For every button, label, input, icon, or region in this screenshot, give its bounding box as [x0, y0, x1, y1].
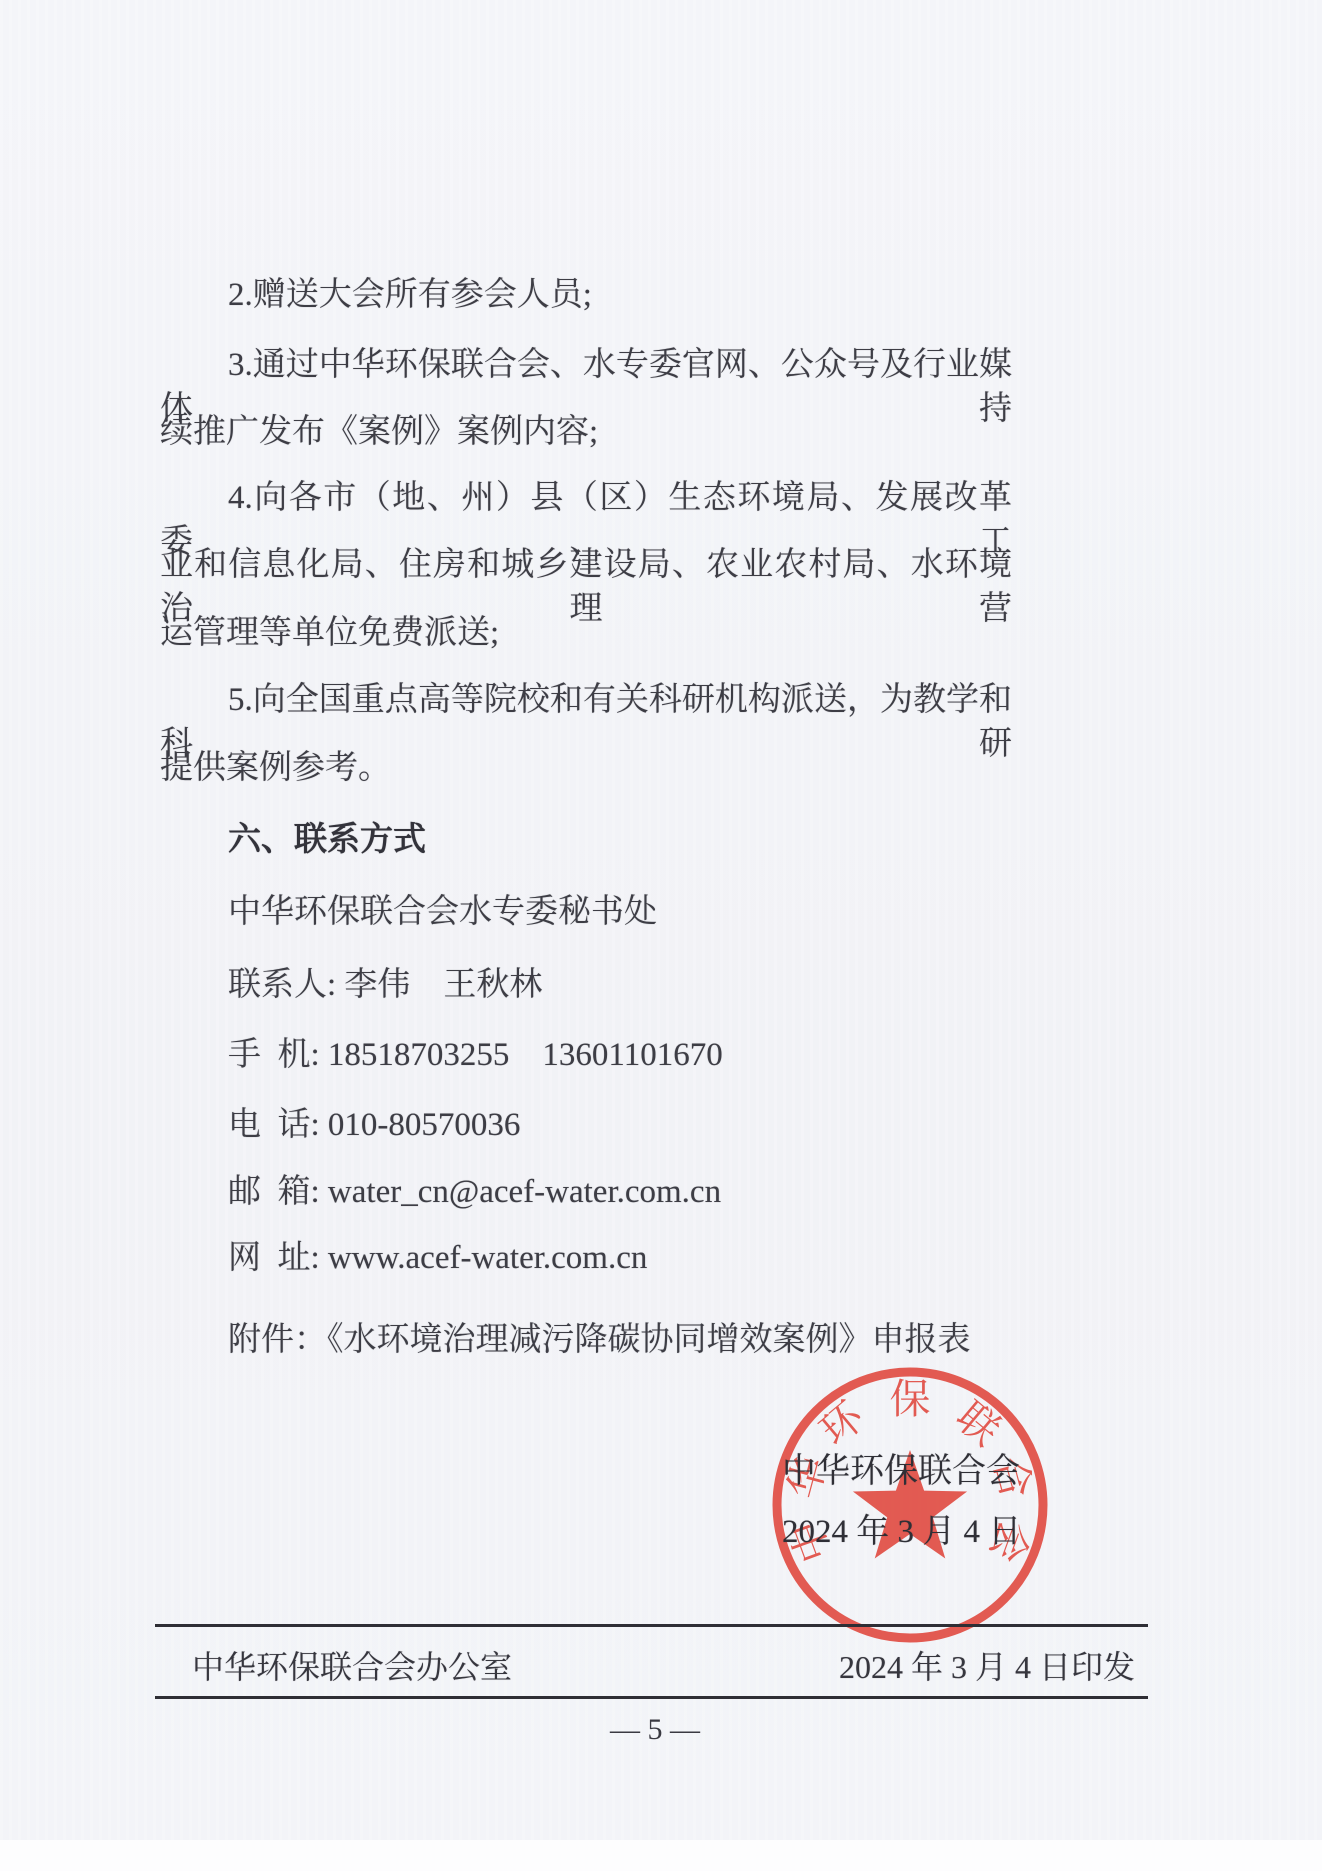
seal-char: 保 — [890, 1376, 931, 1422]
footer-bottom-rule — [155, 1696, 1148, 1699]
contact-phone-line: 电 话: 010-80570036 — [160, 1103, 1012, 1147]
document-page: 2.赠送大会所有参会人员; 3.通过中华环保联合会、水专委官网、公众号及行业媒体… — [0, 0, 1322, 1871]
body-line-3: 续推广发布《案例》案例内容; — [160, 410, 1012, 454]
body-line-8: 提供案例参考。 — [160, 746, 1012, 790]
contact-org-line: 中华环保联合会水专委秘书处 — [160, 890, 1012, 934]
footer-office: 中华环保联合会办公室 — [192, 1647, 512, 1687]
sign-date: 2024 年 3 月 4 日 — [782, 1512, 1032, 1552]
section-heading-contact: 六、联系方式 — [160, 818, 1012, 862]
contact-email-line: 邮 箱: water_cn@acef-water.com.cn — [160, 1170, 1012, 1214]
sign-organization: 中华环保联合会 — [782, 1452, 1032, 1492]
official-seal: 中 华 环 保 联 合 会 — [768, 1363, 1052, 1647]
footer-issue-date: 2024 年 3 月 4 日印发 — [785, 1647, 1135, 1687]
contact-website-line: 网 址: www.acef-water.com.cn — [160, 1236, 1012, 1280]
body-line-6: 运管理等单位免费派送; — [160, 611, 1012, 655]
contact-person-line: 联系人: 李伟 王秋林 — [160, 963, 1012, 1007]
body-line-1: 2.赠送大会所有参会人员; — [160, 273, 1012, 317]
page-number: — 5 — — [0, 1713, 1310, 1747]
footer-top-rule — [155, 1624, 1148, 1627]
scan-bottom-band — [0, 1840, 1322, 1871]
contact-mobile-line: 手 机: 18518703255 13601101670 — [160, 1033, 1012, 1077]
attachment-line: 附件：《水环境治理减污降碳协同增效案例》申报表 — [160, 1318, 1012, 1362]
